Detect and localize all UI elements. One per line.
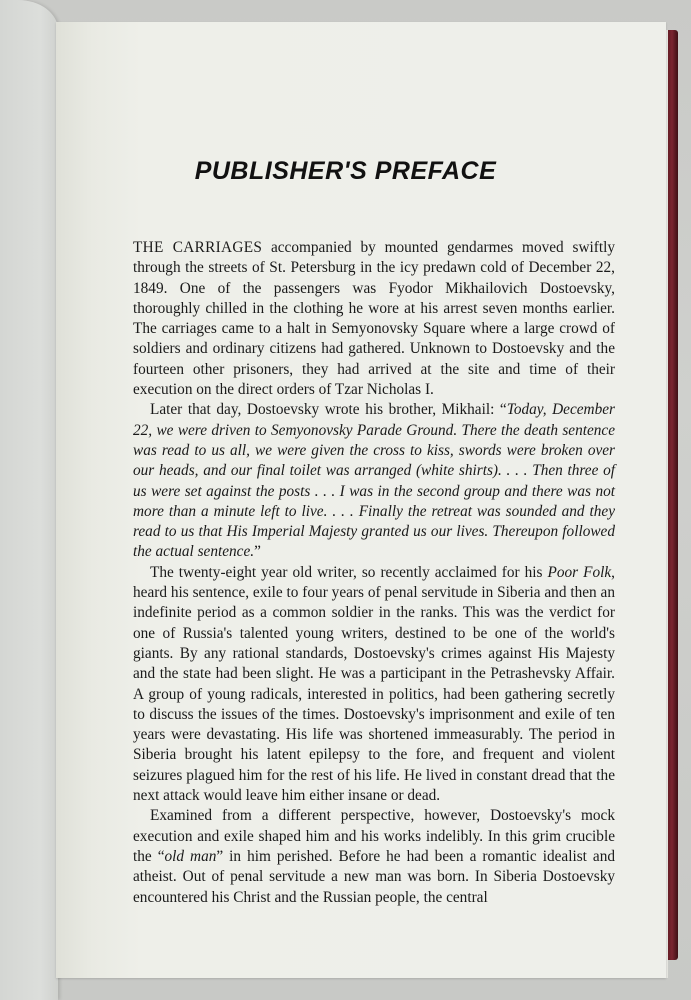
book-title-italic: Poor Folk [548, 564, 612, 581]
paragraph-text: The twenty-eight year old writer, so rec… [150, 564, 548, 581]
paragraph-lead-caps: THE CARRIAGES [133, 239, 262, 256]
paragraph-2: Later that day, Dostoevsky wrote his bro… [133, 400, 615, 562]
page-title: PUBLISHER'S PREFACE [0, 157, 691, 186]
paragraph-text: Later that day, Dostoevsky wrote his bro… [150, 401, 507, 418]
paragraph-1: THE CARRIAGES accompanied by mounted gen… [133, 238, 615, 400]
facing-page-edge [0, 0, 58, 1000]
preface-body: THE CARRIAGES accompanied by mounted gen… [133, 238, 615, 908]
paragraph-text: accompanied by mounted gendarmes moved s… [133, 239, 615, 398]
paragraph-4: Examined from a different perspective, h… [133, 806, 615, 907]
paragraph-3: The twenty-eight year old writer, so rec… [133, 563, 615, 807]
letter-quote: Today, December 22, we were driven to Se… [133, 401, 615, 560]
emphasis-italic: old man [164, 848, 216, 865]
paragraph-text-rest: , heard his sentence, exile to four year… [133, 564, 615, 804]
quote-close: ” [254, 543, 261, 560]
